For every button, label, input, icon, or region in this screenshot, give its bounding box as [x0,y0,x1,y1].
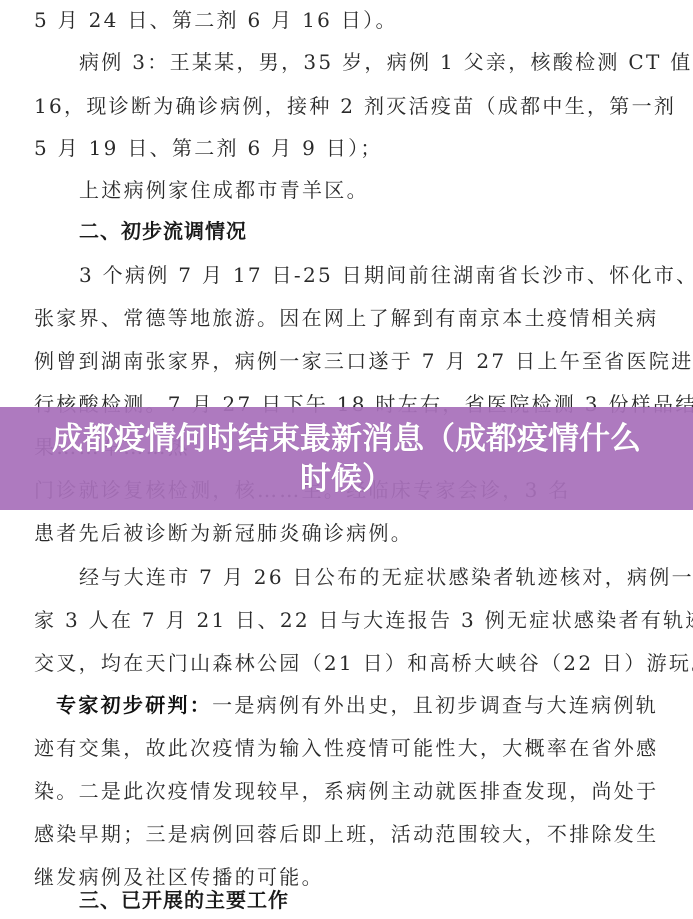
text-line: 5 月 24 日、第二剂 6 月 16 日）。 [34,8,662,32]
text-line: 感染早期；三是病例回蓉后即上班，活动范围较大，不排除发生 [34,822,662,846]
text-line: 3 个病例 7 月 17 日-25 日期间前往湖南省长沙市、怀化市、 [79,263,662,287]
text-line: 染。二是此次疫情发现较早，系病例主动就医排查发现，尚处于 [34,779,662,803]
text-line: 患者先后被诊断为新冠肺炎确诊病例。 [34,521,662,545]
text-line: 经与大连市 7 月 26 日公布的无症状感染者轨迹核对，病例一 [79,565,662,589]
expert-judgment-text: 一是病例有外出史，且初步调查与大连病例轨 [212,693,658,717]
section-heading: 二、初步流调情况 [79,219,662,243]
text-line: 张家界、常德等地旅游。因在网上了解到有南京本土疫情相关病 [34,306,662,330]
expert-judgment-label: 专家初步研判： [56,693,212,717]
text-line: 例曾到湖南张家界，病例一家三口遂于 7 月 27 日上午至省医院进 [34,349,662,373]
title-banner: 成都疫情何时结束最新消息（成都疫情什么时候） [0,407,693,510]
text-line: 继发病例及社区传播的可能。 [34,865,662,889]
text-line: 病例 3：王某某，男，35 岁，病例 1 父亲，核酸检测 CT 值 [79,50,662,74]
text-line: 交叉，均在天门山森林公园（21 日）和高桥大峡谷（22 日）游玩。 [34,651,662,675]
section-heading: 三、已开展的主要工作 [79,888,662,912]
text-line: 迹有交集，故此次疫情为输入性疫情可能性大，大概率在省外感 [34,736,662,760]
text-line: 上述病例家住成都市青羊区。 [79,178,662,202]
text-line: 16，现诊断为确诊病例，接种 2 剂灭活疫苗（成都中生，第一剂 [34,94,662,118]
text-line: 家 3 人在 7 月 21 日、22 日与大连报告 3 例无症状感染者有轨迹 [34,608,662,632]
text-line: 5 月 19 日、第二剂 6 月 9 日）； [34,136,662,160]
text-line: 专家初步研判：一是病例有外出史，且初步调查与大连病例轨 [56,693,662,717]
banner-title: 成都疫情何时结束最新消息（成都疫情什么时候） [47,419,647,499]
